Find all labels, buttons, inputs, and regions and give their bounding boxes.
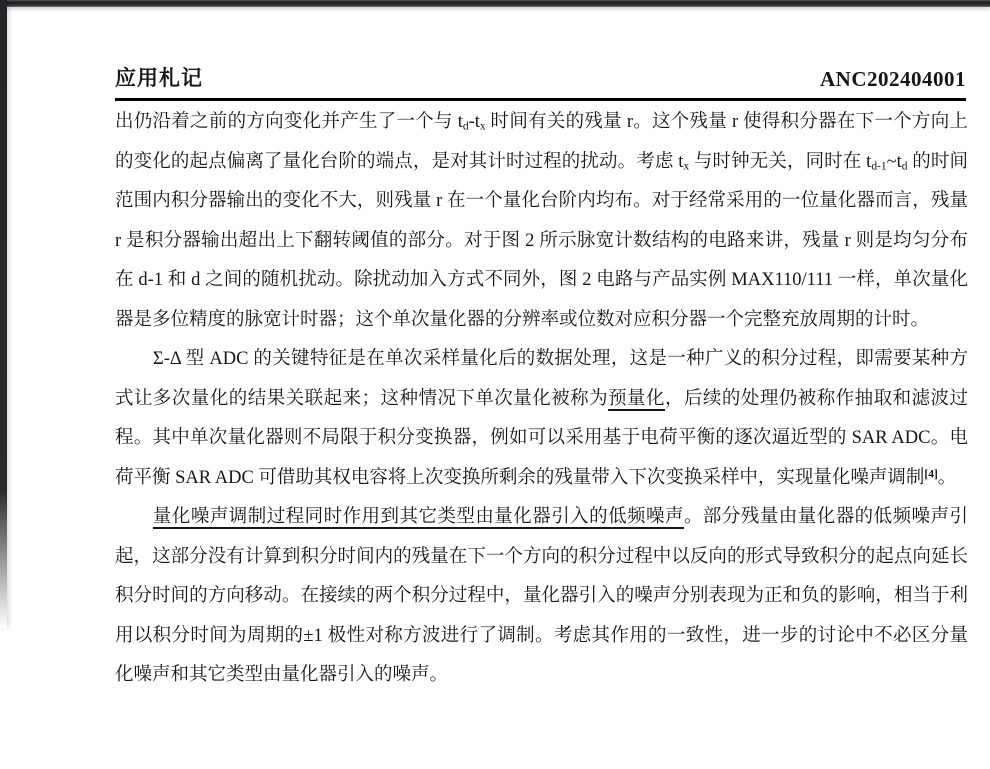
document-number: ANC202404001 [820,67,966,92]
text-run: 。部分残量由量化器的低频噪声引起，这部分没有计算到积分时间内的残量在下一个方向的… [115,507,968,685]
document-body: 出仍沿着之前的方向变化并产生了一个与 td-tx 时间有关的残量 r。这个残量 … [115,103,968,696]
paragraph: Σ-Δ 型 ADC 的关键特征是在单次采样量化后的数据处理，这是一种广义的积分过… [115,340,968,498]
text-run: 的时间范围内积分器输出的变化不大，则残量 r 在一个量化台阶内均布。对于经常采用… [115,152,968,330]
page-left-shadow-edge [0,0,7,628]
text-run: -t [469,112,480,132]
text-run: 。 [938,468,957,488]
underline-run: 预量化 [608,389,665,409]
text-run: 出仍沿着之前的方向变化并产生了一个与 t [115,112,463,132]
sub-run: d-1 [871,160,886,172]
header-title: 应用札记 [115,62,203,92]
text-run: 与时钟无关，同时在 t [689,152,871,172]
paragraph: 出仍沿着之前的方向变化并产生了一个与 td-tx 时间有关的残量 r。这个残量 … [115,103,968,340]
sup-run: [4] [924,468,937,480]
text-run: ~t [887,152,902,172]
page-header: 应用札记 ANC202404001 [115,62,966,101]
underline-run: 量化噪声调制过程同时作用到其它类型由量化器引入的低频噪声 [153,507,684,527]
page-top-shadow-edge [0,0,990,7]
paragraph: 量化噪声调制过程同时作用到其它类型由量化器引入的低频噪声。部分残量由量化器的低频… [115,498,968,696]
